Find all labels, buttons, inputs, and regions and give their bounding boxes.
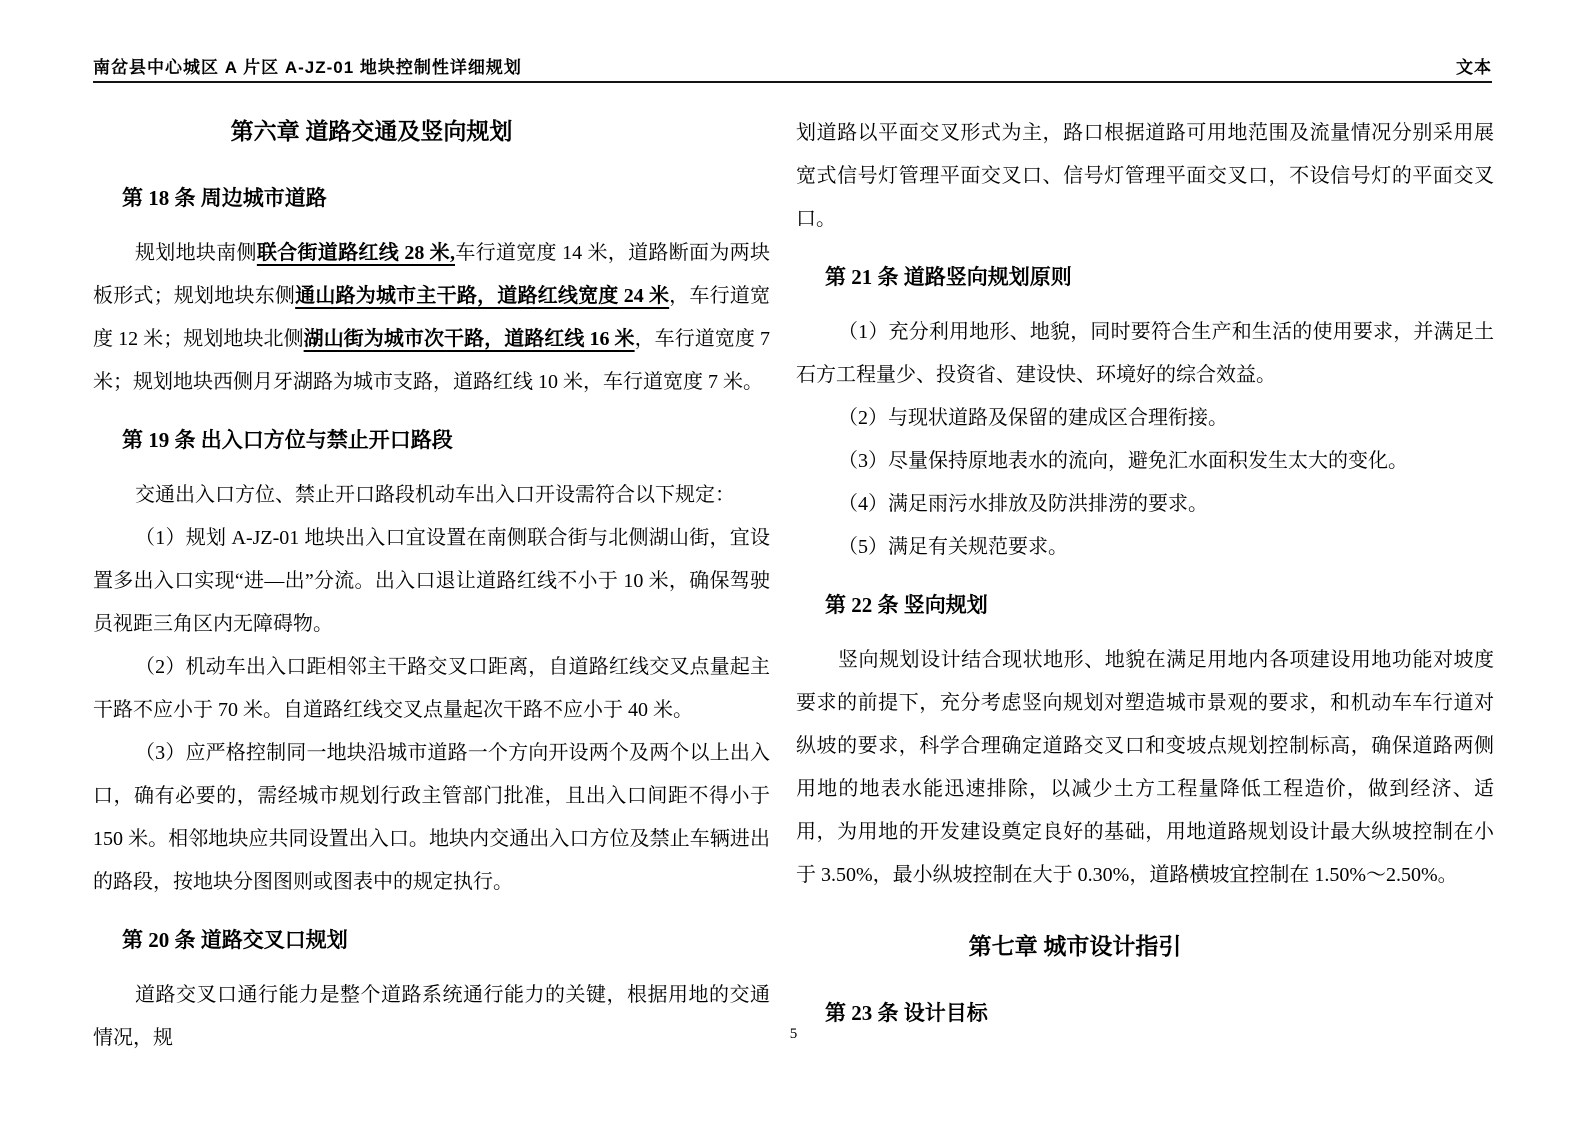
header-title: 南岔县中心城区 A 片区 A-JZ-01 地块控制性详细规划 <box>93 53 522 78</box>
header-doc-type-label: 文本 <box>1456 53 1492 78</box>
paragraph: 交通出入口方位、禁止开口路段机动车出入口开设需符合以下规定： <box>93 474 770 517</box>
section-heading: 第 19 条 出入口方位与禁止开口路段 <box>93 418 770 462</box>
chapter-title: 第七章 城市设计指引 <box>796 925 1494 969</box>
page-header: 南岔县中心城区 A 片区 A-JZ-01 地块控制性详细规划 文本 <box>93 0 1492 83</box>
page-footer: 5 <box>0 1026 1587 1043</box>
section-heading: 第 18 条 周边城市道路 <box>93 176 770 220</box>
paragraph: （3）尽量保持原地表水的流向，避免汇水面积发生太大的变化。 <box>796 440 1494 483</box>
paragraph: （3）应严格控制同一地块沿城市道路一个方向开设两个及两个以上出入口，确有必要的，… <box>93 732 770 904</box>
text-run: 规划地块南侧 <box>135 242 257 264</box>
paragraph: 划道路以平面交叉形式为主，路口根据道路可用地范围及流量情况分别采用展宽式信号灯管… <box>796 112 1494 241</box>
chapter-title: 第六章 道路交通及竖向规划 <box>93 110 770 154</box>
column-left: 第六章 道路交通及竖向规划第 18 条 周边城市道路规划地块南侧联合街道路红线 … <box>93 100 770 1060</box>
paragraph: （2）机动车出入口距相邻主干路交叉口距离，自道路红线交叉点量起主干路不应小于 7… <box>93 646 770 732</box>
paragraph: 竖向规划设计结合现状地形、地貌在满足用地内各项建设用地功能对坡度要求的前提下，充… <box>796 639 1494 897</box>
paragraph: 规划地块南侧联合街道路红线 28 米,车行道宽度 14 米，道路断面为两块板形式… <box>93 232 770 404</box>
paragraph: （1）规划 A-JZ-01 地块出入口宜设置在南侧联合街与北侧湖山街，宜设置多出… <box>93 517 770 646</box>
paragraph: （5）满足有关规范要求。 <box>796 526 1494 569</box>
column-right: 划道路以平面交叉形式为主，路口根据道路可用地范围及流量情况分别采用展宽式信号灯管… <box>796 100 1494 1060</box>
paragraph: 道路交叉口通行能力是整个道路系统通行能力的关键，根据用地的交通情况，规 <box>93 974 770 1060</box>
emphasized-text: 通山路为城市主干路，道路红线宽度 24 米 <box>295 285 669 307</box>
section-heading: 第 22 条 竖向规划 <box>796 583 1494 627</box>
paragraph: （2）与现状道路及保留的建成区合理衔接。 <box>796 397 1494 440</box>
page-number: 5 <box>790 1026 798 1042</box>
section-heading: 第 20 条 道路交叉口规划 <box>93 918 770 962</box>
emphasized-text: 湖山街为城市次干路，道路红线 16 米 <box>304 328 635 350</box>
paragraph: （1）充分利用地形、地貌，同时要符合生产和生活的使用要求，并满足土石方工程量少、… <box>796 311 1494 397</box>
document-page: 南岔县中心城区 A 片区 A-JZ-01 地块控制性详细规划 文本 第六章 道路… <box>0 0 1587 1122</box>
emphasized-text: 联合街道路红线 28 米, <box>257 242 455 264</box>
document-body: 第六章 道路交通及竖向规划第 18 条 周边城市道路规划地块南侧联合街道路红线 … <box>93 100 1494 1060</box>
section-heading: 第 21 条 道路竖向规划原则 <box>796 255 1494 299</box>
paragraph: （4）满足雨污水排放及防洪排涝的要求。 <box>796 483 1494 526</box>
